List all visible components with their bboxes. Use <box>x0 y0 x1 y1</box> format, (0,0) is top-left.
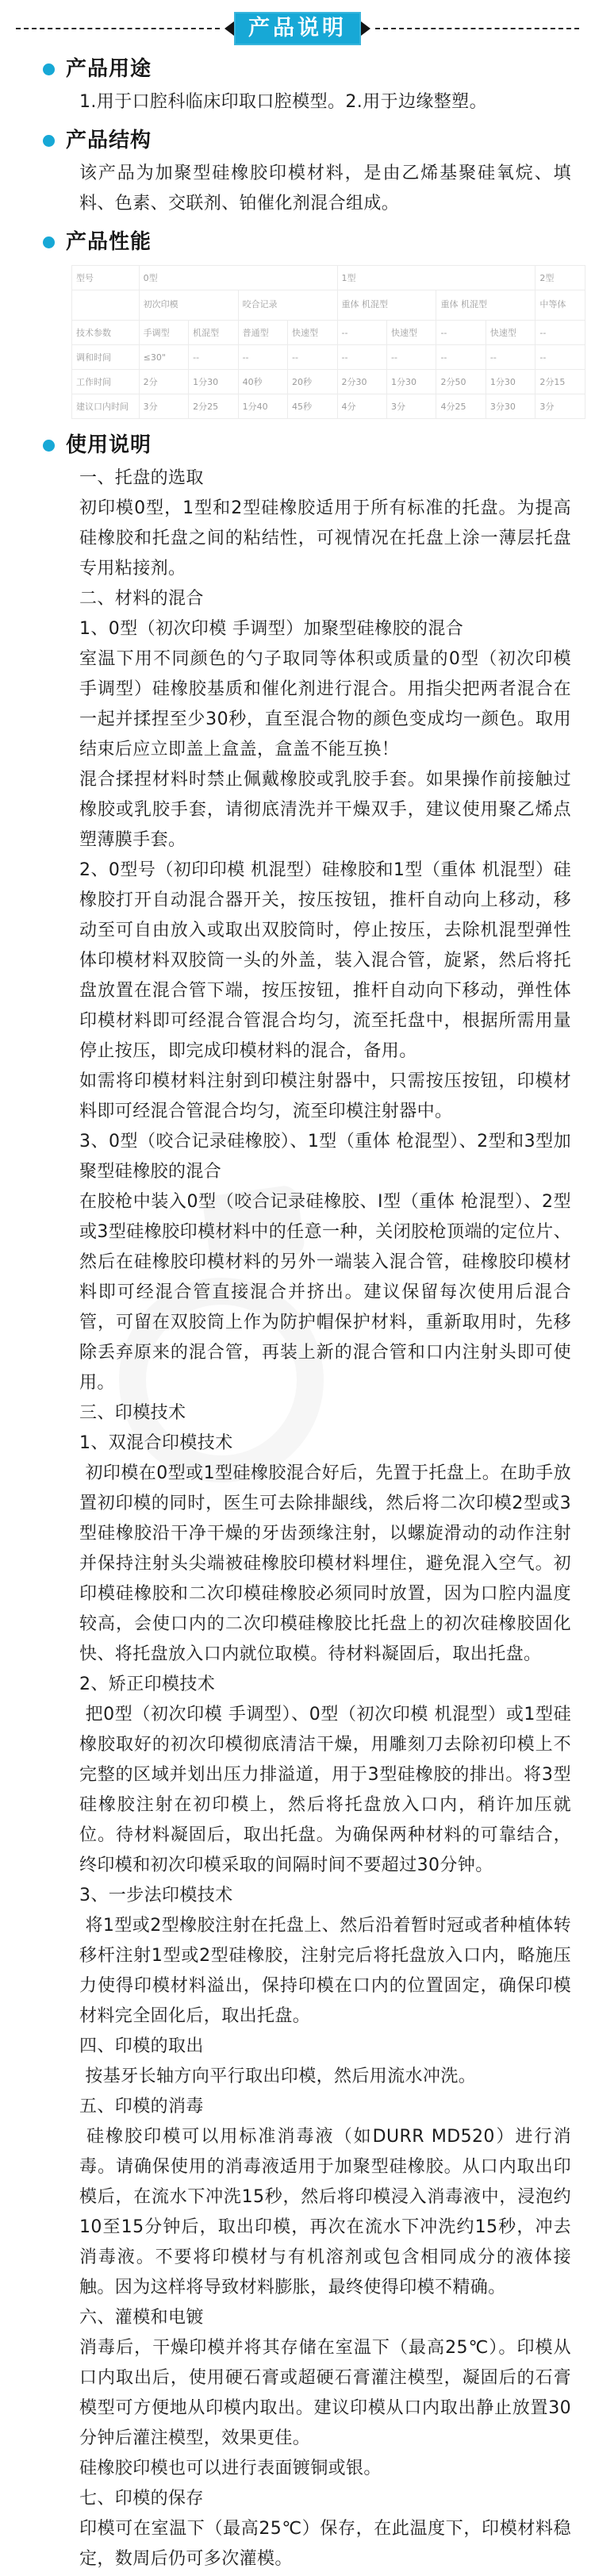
table-cell: 普通型 <box>238 321 287 345</box>
table-header-cell: 2型 <box>535 266 585 290</box>
table-cell: -- <box>535 345 585 370</box>
performance-table: 型号0型1型2型初次印模咬合记录重体 机混型重体 机混型中等体技术参数手调型机混… <box>71 265 585 419</box>
paragraph: 六、灌模和电镀 <box>79 2303 571 2333</box>
table-cell: 2分25 <box>189 394 238 419</box>
table-row: 技术参数手调型机混型普通型快速型--快速型--快速型-- <box>72 321 585 345</box>
purpose-paragraphs: 1.用于口腔科临床印取口腔模型。2.用于边缘整塑。 <box>79 87 571 117</box>
table-cell: -- <box>486 345 535 370</box>
paragraph: 一、托盘的选取 <box>79 463 571 494</box>
section-title: 产品结构 <box>66 127 152 154</box>
paragraph: 按基牙长轴方向平行取出印模，然后用流水冲洗。 <box>79 2062 571 2092</box>
table-row: 建议口内时间3分2分251分4045秒4分3分4分253分303分 <box>72 394 585 419</box>
table-cell: -- <box>386 345 436 370</box>
paragraph: 七、印模的保存 <box>79 2484 571 2514</box>
section-title: 产品用途 <box>66 56 152 83</box>
right-arrow-icon <box>361 21 370 36</box>
table-cell: 3分 <box>535 394 585 419</box>
table-cell: 4分 <box>337 394 386 419</box>
dashed-line-right <box>375 28 579 29</box>
table-header-cell: 0型 <box>139 266 337 290</box>
bullet-dot-icon <box>43 440 55 452</box>
section-heading-usage: 使用说明 <box>16 432 579 459</box>
table-cell: ≤30" <box>139 345 188 370</box>
ribbon-header: 产品说明 <box>16 11 579 46</box>
section-heading-performance: 产品性能 <box>16 229 579 256</box>
table-cell: -- <box>238 345 287 370</box>
paragraph: 3、0型（咬合记录硅橡胶）、1型（重体 枪混型）、2型和3型加聚型硅橡胶的混合 <box>79 1127 571 1187</box>
structure-paragraphs: 该产品为加聚型硅橡胶印模材料，是由乙烯基聚硅氧烷、填料、色素、交联剂、铂催化剂混… <box>79 159 571 219</box>
table-cell: 3分 <box>386 394 436 419</box>
table-cell: 机混型 <box>189 321 238 345</box>
paragraph: 2、矫正印模技术 <box>79 1670 571 1700</box>
paragraph: 室温下用不同颜色的勺子取同等体积或质量的0型（初次印模 手调型）硅橡胶基质和催化… <box>79 644 571 765</box>
dashed-line-left <box>16 28 220 29</box>
bullet-dot-icon <box>43 135 55 147</box>
table-cell: 工作时间 <box>72 370 140 394</box>
paragraph: 2、0型号（初印印模 机混型）硅橡胶和1型（重体 机混型）硅橡胶打开自动混合器开… <box>79 855 571 1067</box>
table-cell: 3分 <box>139 394 188 419</box>
table-cell: 2分50 <box>436 370 486 394</box>
paragraph: 五、印模的消毒 <box>79 2092 571 2122</box>
paragraph: 混合揉捏材料时禁止佩戴橡胶或乳胶手套。如果操作前接触过橡胶或乳胶手套，请彻底清洗… <box>79 765 571 855</box>
page-title: 产品说明 <box>234 12 361 45</box>
paragraph: 该产品为加聚型硅橡胶印模材料，是由乙烯基聚硅氧烷、填料、色素、交联剂、铂催化剂混… <box>79 159 571 219</box>
table-cell: 快速型 <box>288 321 337 345</box>
table-row: 调和时间≤30"---------------- <box>72 345 585 370</box>
table-cell: 2分15 <box>535 370 585 394</box>
paragraph: 消毒后，干燥印模并将其存储在室温下（最高25℃）。印模从口内取出后，使用硬石膏或… <box>79 2333 571 2454</box>
paragraph: 1、0型（初次印模 手调型）加聚型硅橡胶的混合 <box>79 614 571 644</box>
table-cell: 1分40 <box>238 394 287 419</box>
paragraph: 1.用于口腔科临床印取口腔模型。2.用于边缘整塑。 <box>79 87 571 117</box>
table-cell: 建议口内时间 <box>72 394 140 419</box>
table-cell: -- <box>189 345 238 370</box>
performance-table-wrap: 型号0型1型2型初次印模咬合记录重体 机混型重体 机混型中等体技术参数手调型机混… <box>71 265 585 419</box>
paragraph: 在胶枪中装入0型（咬合记录硅橡胶、Ⅰ型（重体 枪混型）、2型或3型硅橡胶印模材料… <box>79 1187 571 1398</box>
table-cell: 1分30 <box>189 370 238 394</box>
table-cell: 2分30 <box>337 370 386 394</box>
product-description-page: 产品说明 产品用途 1.用于口腔科临床印取口腔模型。2.用于边缘整塑。 产品结构… <box>0 0 595 2574</box>
section-title: 使用说明 <box>66 432 152 459</box>
paragraph: 将1型或2型橡胶注射在托盘上、然后沿着暂时冠或者种植体转移杆注射1型或2型硅橡胶… <box>79 1911 571 2032</box>
section-heading-purpose: 产品用途 <box>16 56 579 83</box>
bullet-dot-icon <box>43 63 55 75</box>
table-cell: -- <box>337 321 386 345</box>
paragraph: 把0型（初次印模 手调型）、0型（初次印模 机混型）或1型硅橡胶取好的初次印模彻… <box>79 1700 571 1881</box>
paragraph: 硅橡胶印模也可以进行表面镀铜或银。 <box>79 2454 571 2484</box>
table-header-cell <box>72 290 140 321</box>
table-cell: 45秒 <box>288 394 337 419</box>
paragraph: 二、材料的混合 <box>79 584 571 614</box>
usage-paragraphs: 一、托盘的选取初印模0型，1型和2型硅橡胶适用于所有标准的托盘。为提高硅橡胶和托… <box>79 463 571 2574</box>
section-title: 产品性能 <box>66 229 152 256</box>
table-header-cell: 重体 机混型 <box>337 290 436 321</box>
table-cell: 3分30 <box>486 394 535 419</box>
paragraph: 印模可在室温下（最高25℃）保存，在此温度下，印模材料稳定，数周后仍可多次灌模。 <box>79 2514 571 2574</box>
table-cell: 手调型 <box>139 321 188 345</box>
paragraph: 如需将印模材料注射到印模注射器中，只需按压按钮，印模材料即可经混合管混合均匀，流… <box>79 1067 571 1127</box>
paragraph: 初印模在0型或1型硅橡胶混合好后，先置于托盘上。在助手放置初印模的同时，医生可去… <box>79 1459 571 1670</box>
left-arrow-icon <box>225 21 234 36</box>
table-header-cell: 1型 <box>337 266 535 290</box>
paragraph: 四、印模的取出 <box>79 2032 571 2062</box>
table-cell: 2分 <box>139 370 188 394</box>
table-cell: -- <box>337 345 386 370</box>
table-header-cell: 中等体 <box>535 290 585 321</box>
table-cell: 4分25 <box>436 394 486 419</box>
table-cell: 20秒 <box>288 370 337 394</box>
table-cell: 技术参数 <box>72 321 140 345</box>
paragraph: 三、印模技术 <box>79 1398 571 1428</box>
bullet-dot-icon <box>43 236 55 248</box>
table-header-cell: 型号 <box>72 266 140 290</box>
table-cell: 快速型 <box>386 321 436 345</box>
table-cell: -- <box>535 321 585 345</box>
table-cell: 40秒 <box>238 370 287 394</box>
paragraph: 1、双混合印模技术 <box>79 1428 571 1459</box>
table-cell: 1分30 <box>486 370 535 394</box>
table-cell: 调和时间 <box>72 345 140 370</box>
table-cell: 1分30 <box>386 370 436 394</box>
paragraph: 硅橡胶印模可以用标准消毒液（如DURR MD520）进行消毒。请确保使用的消毒液… <box>79 2122 571 2303</box>
table-header-cell: 初次印模 <box>139 290 238 321</box>
table-row: 工作时间2分1分3040秒20秒2分301分302分501分302分15 <box>72 370 585 394</box>
table-cell: 快速型 <box>486 321 535 345</box>
table-cell: -- <box>288 345 337 370</box>
table-header-cell: 咬合记录 <box>238 290 337 321</box>
section-heading-structure: 产品结构 <box>16 127 579 154</box>
table-cell: -- <box>436 321 486 345</box>
table-cell: -- <box>436 345 486 370</box>
paragraph: 3、一步法印模技术 <box>79 1881 571 1911</box>
table-header-cell: 重体 机混型 <box>436 290 535 321</box>
paragraph: 初印模0型，1型和2型硅橡胶适用于所有标准的托盘。为提高硅橡胶和托盘之间的粘结性… <box>79 494 571 584</box>
